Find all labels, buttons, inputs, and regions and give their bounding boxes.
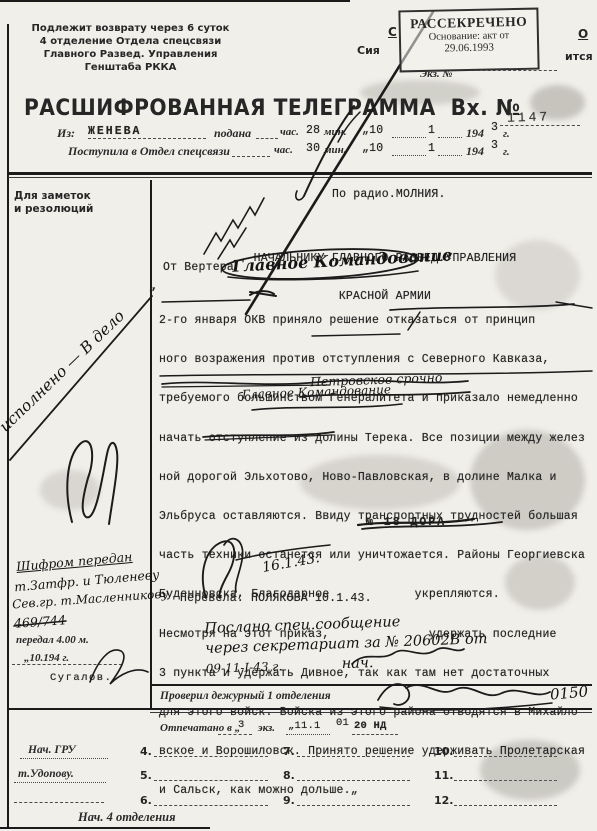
from-month: 1 (428, 124, 435, 137)
telegram-document: Подлежит возврату через 6 суток 4 отделе… (0, 0, 597, 831)
from-day: „10 (362, 124, 383, 137)
recv-month-line (392, 155, 426, 156)
title-main: РАСШИФРОВАННАЯ ТЕЛЕГРАММА (24, 96, 436, 121)
dist-number: 8. (283, 769, 295, 782)
margin-note: Для заметок и резолюций (14, 190, 93, 216)
dist-left-2: т.Удопову. (18, 768, 74, 780)
source-line-dora: № 18 ДОРА (366, 516, 446, 529)
printed-date: „11.1 (288, 720, 321, 732)
dist-left-1: Нач. ГРУ (28, 744, 76, 756)
recv-day: „10 (362, 142, 383, 155)
frame-bottom (0, 827, 210, 829)
recv-month: 1 (428, 142, 435, 155)
dist-left-line2 (14, 782, 106, 783)
checked-time: 0150 (549, 682, 589, 703)
dist-number: 5. (140, 769, 152, 782)
recv-year-suffix: г. (503, 146, 510, 158)
from-city-line (88, 138, 206, 139)
margin-divider (150, 180, 152, 709)
from-hour-label: час. (280, 126, 299, 138)
header-rule2 (8, 177, 592, 178)
cipher-note-4: 469/744 (14, 612, 67, 631)
translator-line: Перевела: ПОЛЯКОВА 10.1.43. (180, 592, 372, 605)
dist-number: 10. (434, 745, 454, 758)
delivery-method: По радио.МОЛНИЯ. (332, 188, 446, 201)
recv-year: 194 (466, 144, 484, 159)
from-year: 194 (466, 126, 484, 141)
from-year-suffix: г. (503, 128, 510, 140)
source-label: От Вертера (163, 261, 234, 274)
from-month-line (392, 137, 426, 138)
dist-number: 7. (283, 745, 295, 758)
cipher-note-5: передал 4.00 м. (16, 634, 89, 646)
from-sent-label: подана (214, 126, 251, 141)
recv-hour-label: час. (274, 144, 293, 156)
stamp-date: 29.06.1993 (401, 41, 537, 56)
sent-note-date: 09-11-I-43 г. (206, 659, 283, 676)
from-label: Из: (57, 126, 75, 141)
recv-minutes: 30 (306, 142, 320, 155)
margin-note-line: и резолюций (14, 203, 93, 216)
from-month-line2 (438, 137, 462, 138)
body-line: для этого войск. Войска из этого района … (159, 706, 595, 719)
dist-left-line3 (14, 802, 104, 803)
body-line: вское и Ворошиловск. Принято решение уде… (159, 745, 595, 758)
margin-note-line: Для заметок (14, 190, 93, 203)
dist-number: 9. (283, 794, 295, 807)
recv-min-label: мин. (324, 144, 347, 156)
recv-hour-line (232, 156, 270, 157)
body-line: начать отступление из долины Терека. Все… (159, 432, 595, 445)
dist-number: 4. (140, 745, 152, 758)
header-rule (8, 172, 592, 175)
from-year-digit: 3 (491, 121, 498, 134)
body-line: и Сальск, как можно дольше.„ (159, 784, 595, 797)
cipher-note-6: „10.194 г. (24, 652, 69, 664)
body-line: ного возражения против отступления с Сев… (159, 353, 595, 366)
printed-num: 01 (336, 717, 349, 729)
received-label: Поступила в Отдел спецсвязи (68, 144, 230, 159)
secrecy-fragment: О (578, 27, 588, 41)
declassified-stamp: РАССЕКРЕЧЕНО Основание: акт от 29.06.199… (398, 8, 539, 73)
dist-number: 6. (140, 794, 152, 807)
sent-note: Послано спец.сообщение через секретариат… (204, 609, 489, 679)
incoming-number: 1147 (507, 109, 551, 125)
printed-nd: 20 НД (354, 720, 387, 732)
dist-number: 12. (434, 794, 454, 807)
resolution-note: исполнено — В дело (0, 307, 128, 436)
return-note-line: Главного Развед. Управления (18, 48, 243, 61)
scan-noise (40, 470, 100, 510)
stamp-title: РАССЕКРЕЧЕНО (400, 14, 536, 33)
telegram-body: 2-го января ОКВ приняло решение отказать… (159, 288, 595, 823)
cipher-operator: Сугалов. (50, 672, 112, 684)
return-note-line: Подлежит возврату через 6 суток (18, 22, 243, 35)
signature (67, 441, 117, 524)
printed-ekz: экз. (258, 722, 275, 734)
recv-month-line2 (438, 155, 462, 156)
return-note-line: Генштаба РККА (18, 61, 243, 74)
cipher-line (12, 664, 122, 665)
from-hour-line (256, 138, 278, 139)
department-label: Нач. 4 отделения (78, 810, 176, 825)
printed-copies: 3 (238, 719, 245, 731)
recv-year-digit: 3 (491, 139, 498, 152)
secrecy-fragment: Сия (357, 44, 380, 57)
open-quote: „ (149, 280, 156, 293)
from-min-label: мин. (324, 126, 347, 138)
body-line: часть техники останется или уничтожается… (159, 549, 595, 562)
secrecy-fragment: ится (565, 50, 593, 63)
return-note: Подлежит возврату через 6 суток 4 отделе… (18, 22, 243, 74)
dist-left-line1 (20, 758, 108, 759)
sent-note-chief: нач. (341, 655, 373, 672)
from-city: ЖЕНЕВА (88, 125, 141, 138)
from-minutes: 28 (306, 124, 320, 137)
body-line: ной дорогой Эльхотово, Ново-Павловская, … (159, 471, 595, 484)
pen-stroke (296, 191, 304, 200)
return-note-line: 4 отделение Отдела спецсвязи (18, 35, 243, 48)
frame-top (0, 0, 350, 2)
body-line: 2-го января ОКВ приняло решение отказать… (159, 314, 595, 327)
checked-label: Проверил дежурный 1 отделения (160, 690, 331, 702)
dist-number: 11. (434, 769, 454, 782)
printed-label: Отпечатано в „ (160, 722, 240, 734)
pen-stroke (10, 296, 152, 460)
page-title: РАСШИФРОВАННАЯ ТЕЛЕГРАММА Вх. № (24, 96, 521, 121)
secrecy-fragment: С (388, 25, 397, 39)
